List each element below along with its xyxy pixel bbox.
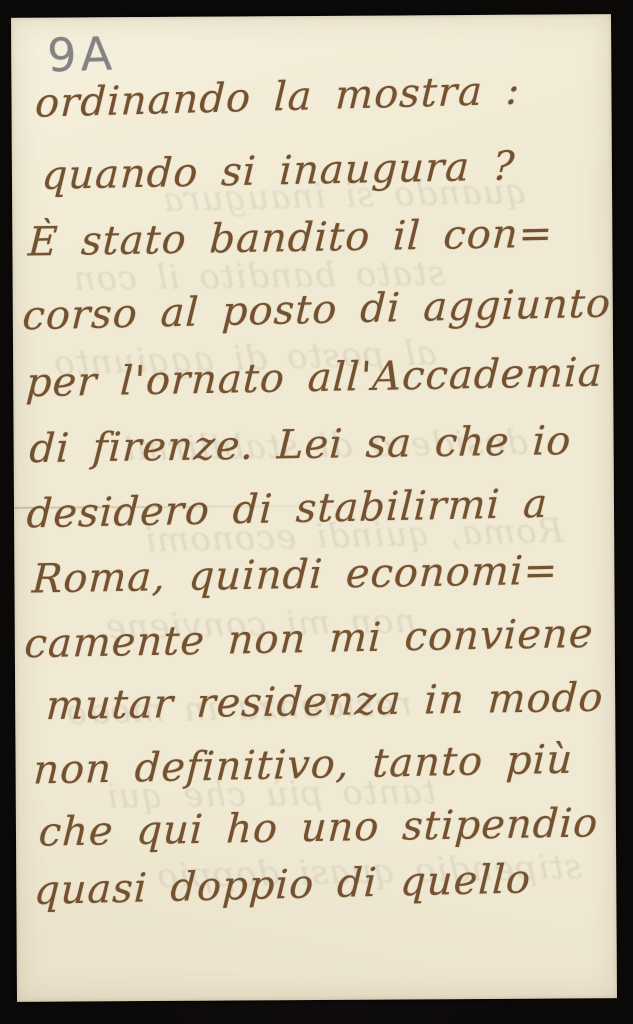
handwritten-line: per l'ornato all'Accademia [25, 350, 604, 407]
handwritten-line: non definitivo, tanto più [32, 737, 574, 794]
handwritten-line: camente non mi conviene [23, 611, 594, 667]
handwritten-line: È stato bandito il con= [27, 211, 555, 266]
handwritten-line: che qui ho uno stipendio [38, 800, 600, 855]
handwritten-line: mutar residenza in modo [45, 675, 605, 729]
handwritten-line: di firenze. Lei sa che io [28, 418, 573, 472]
handwritten-line: Roma, quindi economi= [31, 548, 559, 603]
letter-page: 9A quando si inaugura stato bandito il c… [11, 14, 617, 1002]
handwritten-line: quando si inaugura ? [41, 143, 517, 199]
handwritten-line: quasi doppio di quello [33, 856, 532, 914]
pencil-page-number-annotation: 9A [46, 26, 116, 82]
